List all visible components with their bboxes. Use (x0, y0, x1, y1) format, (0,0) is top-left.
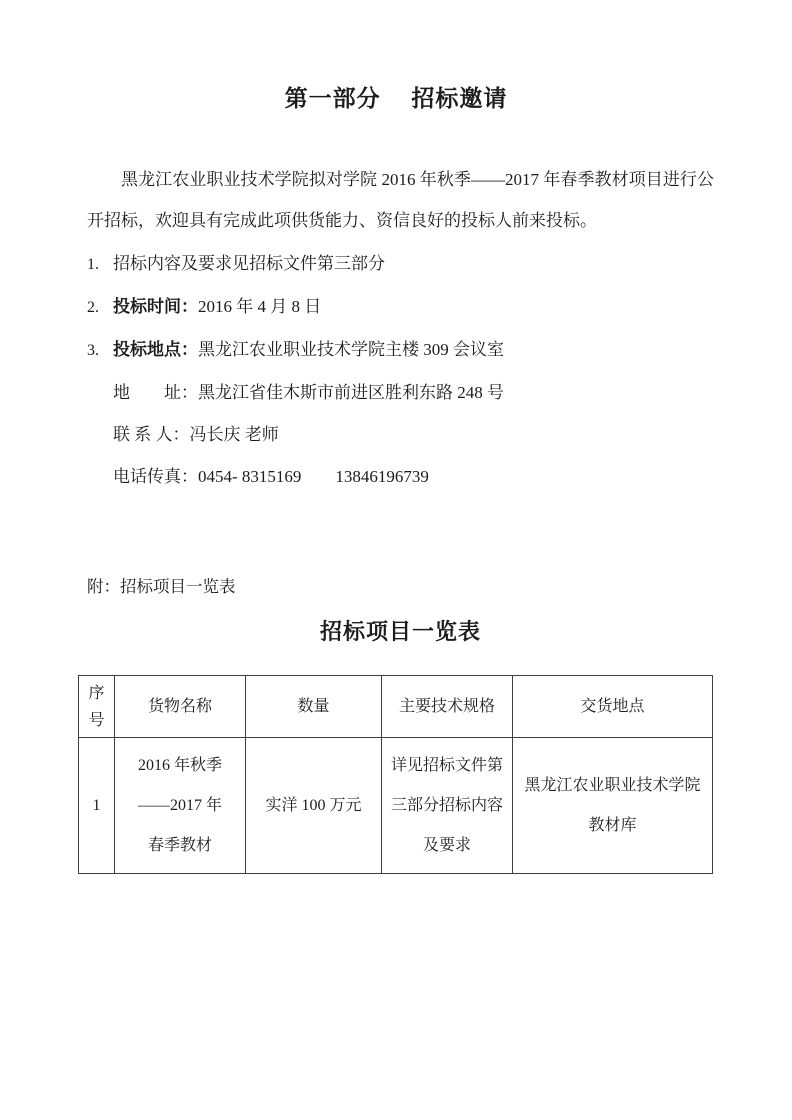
list-item: 2. 投标时间：2016 年 4 月 8 日 (87, 286, 714, 329)
table-header-goods: 货物名称 (115, 676, 246, 738)
cell-goods: 2016 年秋季 ——2017 年 春季教材 (115, 738, 246, 874)
table-header-delivery: 交货地点 (513, 676, 713, 738)
list-item: 1. 招标内容及要求见招标文件第三部分 (87, 243, 714, 286)
list-item-text: 投标地点：黑龙江农业职业技术学院主楼 309 会议室 (113, 329, 504, 371)
cell-delivery: 黑龙江农业职业技术学院 教材库 (513, 738, 713, 874)
cell-seq: 1 (79, 738, 115, 874)
list-item-label: 投标地点： (113, 340, 198, 359)
table-header-spec: 主要技术规格 (382, 676, 513, 738)
phone-fax-line: 电话传真：0454- 8315169 13846196739 (87, 456, 714, 498)
phone-fax-label: 电话传真： (113, 456, 198, 498)
address-label: 地 址： (113, 372, 198, 414)
list-item-text: 投标时间：2016 年 4 月 8 日 (113, 286, 321, 328)
table-header-quantity: 数量 (246, 676, 382, 738)
list-item-number: 2. (87, 287, 113, 329)
bid-items-table: 序 号 货物名称 数量 主要技术规格 交货地点 1 2016 年秋季 ——201… (78, 675, 713, 874)
address-line: 地 址：黑龙江省佳木斯市前进区胜利东路 248 号 (87, 372, 714, 414)
cell-quantity: 实洋 100 万元 (246, 738, 382, 874)
list-item-number: 3. (87, 330, 113, 372)
list-item-value: 2016 年 4 月 8 日 (198, 297, 321, 316)
contact-person-line: 联 系 人：冯长庆 老师 (87, 414, 714, 456)
list-item: 3. 投标地点：黑龙江农业职业技术学院主楼 309 会议室 (87, 329, 714, 372)
contact-person-label: 联 系 人： (113, 414, 190, 456)
list-item-number: 1. (87, 244, 113, 286)
cell-spec: 详见招标文件第 三部分招标内容 及要求 (382, 738, 513, 874)
contact-person-value: 冯长庆 老师 (190, 414, 279, 456)
numbered-list: 1. 招标内容及要求见招标文件第三部分 2. 投标时间：2016 年 4 月 8… (87, 243, 714, 372)
contact-info: 地 址：黑龙江省佳木斯市前进区胜利东路 248 号 联 系 人：冯长庆 老师 电… (87, 372, 714, 498)
table-title: 招标项目一览表 (87, 615, 714, 646)
list-item-label: 投标时间： (113, 297, 198, 316)
list-item-text: 招标内容及要求见招标文件第三部分 (113, 243, 385, 285)
table-row: 1 2016 年秋季 ——2017 年 春季教材 实洋 100 万元 详见招标文… (79, 738, 713, 874)
table-header-row: 序 号 货物名称 数量 主要技术规格 交货地点 (79, 676, 713, 738)
phone-fax-value: 0454- 8315169 13846196739 (198, 456, 429, 498)
list-item-value: 招标内容及要求见招标文件第三部分 (113, 254, 385, 273)
intro-paragraph: 黑龙江农业职业技术学院拟对学院 2016 年秋季——2017 年春季教材项目进行… (87, 159, 714, 241)
table-header-seq: 序 号 (79, 676, 115, 738)
appendix-note: 附：招标项目一览表 (87, 575, 714, 599)
list-item-value: 黑龙江农业职业技术学院主楼 309 会议室 (198, 340, 504, 359)
section-title: 第一部分 招标邀请 (0, 0, 792, 113)
document-page: 第一部分 招标邀请 黑龙江农业职业技术学院拟对学院 2016 年秋季——2017… (0, 0, 792, 1120)
address-value: 黑龙江省佳木斯市前进区胜利东路 248 号 (198, 372, 504, 414)
document-body: 黑龙江农业职业技术学院拟对学院 2016 年秋季——2017 年春季教材项目进行… (0, 159, 792, 874)
